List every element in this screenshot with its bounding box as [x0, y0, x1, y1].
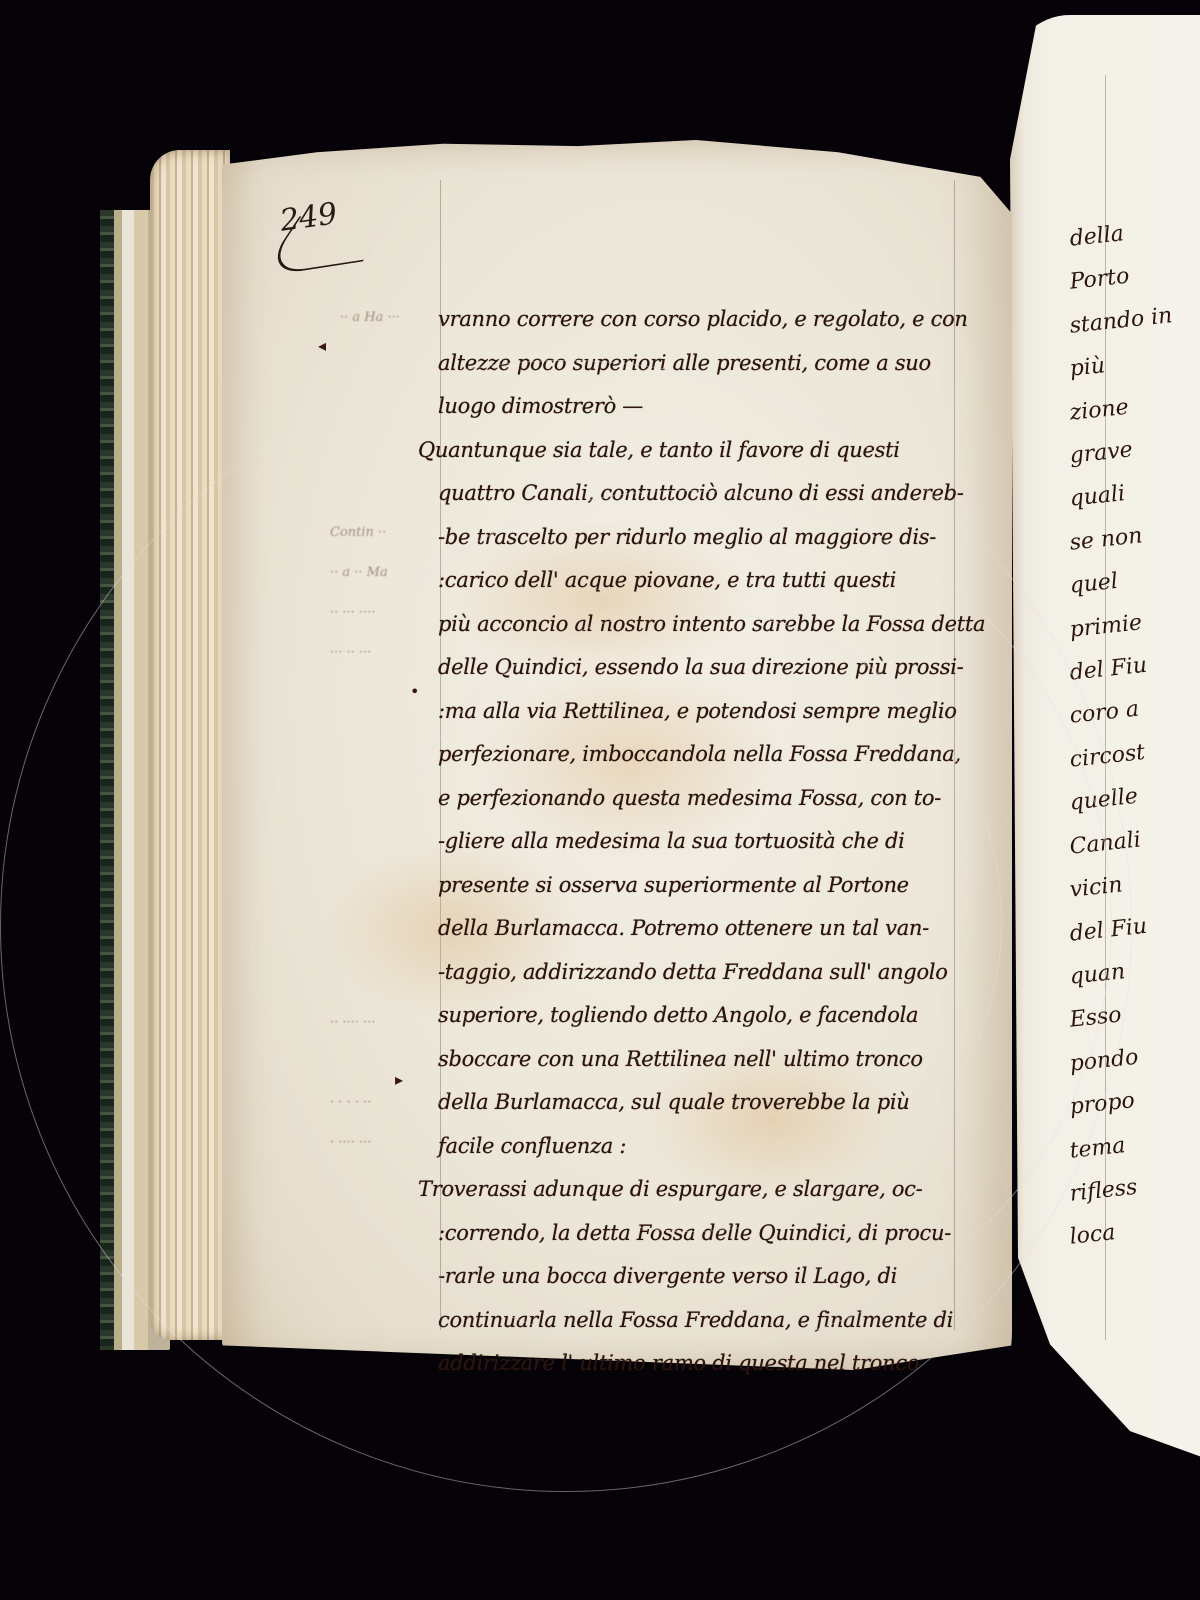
text-line: quattro Canali, contuttociò alcuno di es… [438, 472, 998, 516]
text-line: più acconcio al nostro intento sarebbe l… [438, 603, 998, 647]
text-line: e perfezionando questa medesima Fossa, c… [438, 777, 998, 821]
text-line: sboccare con una Rettilinea nell' ultimo… [438, 1038, 998, 1082]
manuscript-photo: 249 ·· a Ha ··· Contin ·· ·· a ·· Ma ·· … [0, 0, 1200, 1600]
text-line: -taggio, addirizzando detta Freddana sul… [438, 951, 998, 995]
bleed-through-text: · · · · ·· [330, 1095, 371, 1110]
text-line: :carico dell' acque piovane, e tra tutti… [438, 559, 998, 603]
text-line: superiore, togliendo detto Angolo, e fac… [438, 994, 998, 1038]
text-line: -be trascelto per ridurlo meglio al magg… [438, 516, 998, 560]
text-line: :ma alla via Rettilinea, e potendosi sem… [438, 690, 998, 734]
bleed-through-text: · ···· ··· [330, 1135, 371, 1150]
bleed-through-text: ·· ··· ···· [330, 605, 375, 620]
text-line: -rarle una bocca divergente verso il Lag… [438, 1255, 998, 1299]
text-line: addirizzare l' ultimo ramo di questa nel… [438, 1342, 998, 1386]
text-line: facile confluenza : [438, 1125, 998, 1169]
text-line: della Burlamacca. Potremo ottenere un ta… [438, 907, 998, 951]
text-line: presente si osserva superiormente al Por… [438, 864, 998, 908]
bleed-through-text: Contin ·· [330, 525, 386, 540]
text-line: perfezionare, imboccandola nella Fossa F… [438, 733, 998, 777]
text-line: :correndo, la detta Fossa delle Quindici… [438, 1212, 998, 1256]
text-line: continuarla nella Fossa Freddana, e fina… [438, 1299, 998, 1343]
text-line: altezze poco superiori alle presenti, co… [438, 342, 998, 386]
bleed-through-text: ··· ·· ··· [330, 645, 371, 660]
page-edges-stack [150, 150, 230, 1340]
text-line: vranno correre con corso placido, e rego… [438, 298, 998, 342]
text-line: Quantunque sia tale, e tanto il favore d… [418, 429, 998, 473]
bleed-through-text: ·· ···· ··· [330, 1015, 375, 1030]
manuscript-text-block: vranno correre con corso placido, e rego… [438, 298, 998, 1386]
margin-mark: ▸ [395, 1070, 403, 1089]
bleed-through-text: ·· a ·· Ma [330, 565, 388, 580]
text-line: luogo dimostrerò — [438, 385, 998, 429]
margin-mark: • [410, 682, 419, 701]
text-line: -gliere alla medesima la sua tortuosità … [438, 820, 998, 864]
text-line: della Burlamacca, sul quale troverebbe l… [438, 1081, 998, 1125]
right-page-text-fragments: della Porto stando in più zione grave qu… [1030, 222, 1200, 1264]
margin-mark: ◂ [318, 336, 326, 355]
text-line: delle Quindici, essendo la sua direzione… [438, 646, 998, 690]
text-line: Troverassi adunque di espurgare, e slarg… [418, 1168, 998, 1212]
bleed-through-text: ·· a Ha ··· [340, 310, 400, 325]
